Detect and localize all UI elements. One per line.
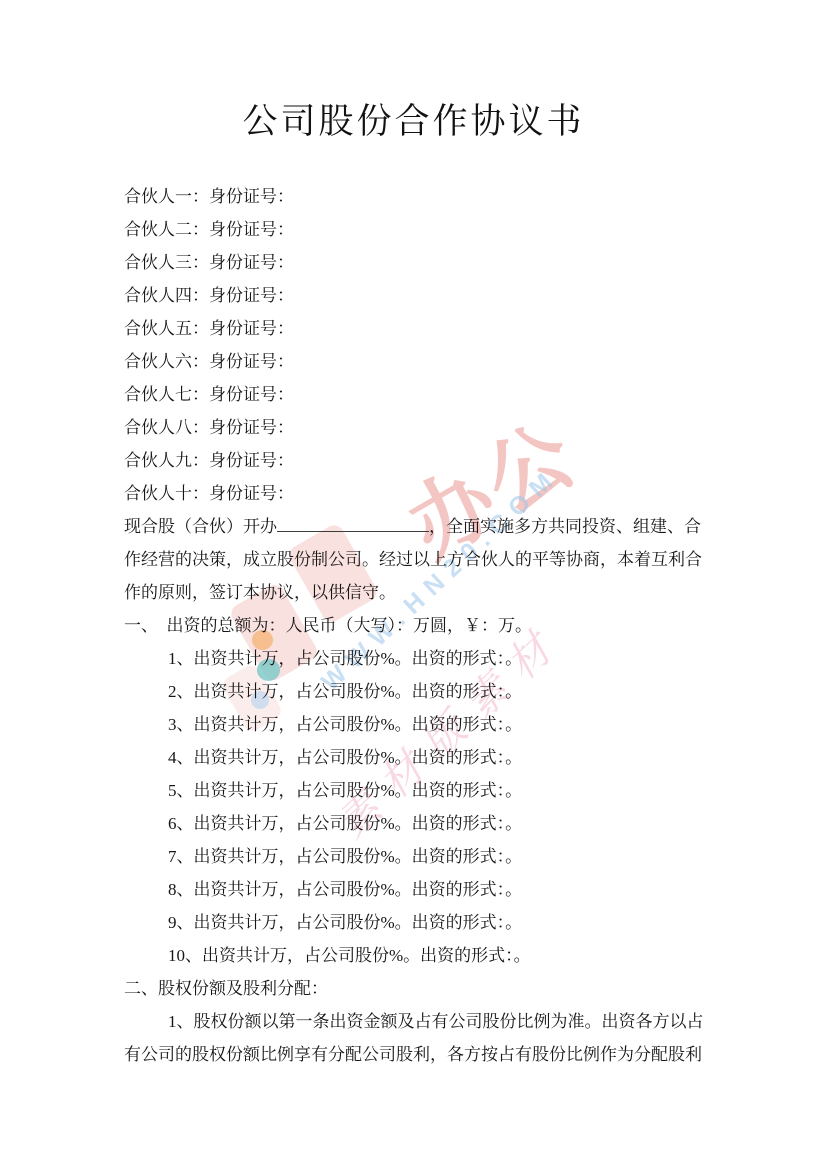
section2-paragraph-line-2: 有公司的股权份额比例享有分配公司股利，各方按占有股份比例作为分配股利 xyxy=(124,1038,714,1071)
intro-line-3: 作的原则，签订本协议，以供信守。 xyxy=(124,576,714,609)
section1-heading: 一、 出资的总额为：人民币（大写）：万圆，￥：万。 xyxy=(124,609,714,642)
section2-heading: 二、股权份额及股利分配： xyxy=(124,972,714,1005)
document-body: 合伙人一：身份证号： 合伙人二：身份证号： 合伙人三：身份证号： 合伙人四：身份… xyxy=(124,180,714,1071)
contribution-item-3: 3、出资共计万，占公司股份%。出资的形式：。 xyxy=(124,708,714,741)
intro-line-2: 作经营的决策，成立股份制公司。经过以上方合伙人的平等协商，本着互利合 xyxy=(124,543,714,576)
contribution-item-7: 7、出资共计万，占公司股份%。出资的形式：。 xyxy=(124,840,714,873)
contribution-item-5: 5、出资共计万，占公司股份%。出资的形式：。 xyxy=(124,774,714,807)
partner-line-3: 合伙人三：身份证号： xyxy=(124,246,714,279)
document-page: 办公 WWW.HN20.COM 素材版素材 公司股份合作协议书 合伙人一：身份证… xyxy=(0,0,827,1169)
partner-line-1: 合伙人一：身份证号： xyxy=(124,180,714,213)
section2-paragraph-line-1: 1、股权份额以第一条出资金额及占有公司股份比例为准。出资各方以占 xyxy=(124,1005,714,1038)
intro-line-1: 现合股（合伙）开办，全面实施多方共同投资、组建、合 xyxy=(124,510,714,543)
partner-line-5: 合伙人五：身份证号： xyxy=(124,312,714,345)
contribution-item-8: 8、出资共计万，占公司股份%。出资的形式：。 xyxy=(124,873,714,906)
partner-line-6: 合伙人六：身份证号： xyxy=(124,345,714,378)
intro-line-1-suffix: ，全面实施多方共同投资、组建、合 xyxy=(429,517,701,536)
partner-line-8: 合伙人八：身份证号： xyxy=(124,411,714,444)
contribution-item-1: 1、出资共计万，占公司股份%。出资的形式：。 xyxy=(124,642,714,675)
fill-in-blank xyxy=(277,517,429,532)
contribution-item-4: 4、出资共计万，占公司股份%。出资的形式：。 xyxy=(124,741,714,774)
partner-line-4: 合伙人四：身份证号： xyxy=(124,279,714,312)
partner-line-2: 合伙人二：身份证号： xyxy=(124,213,714,246)
contribution-item-9: 9、出资共计万，占公司股份%。出资的形式：。 xyxy=(124,906,714,939)
partner-line-9: 合伙人九：身份证号： xyxy=(124,444,714,477)
contribution-item-6: 6、出资共计万，占公司股份%。出资的形式：。 xyxy=(124,807,714,840)
intro-line-1-prefix: 现合股（合伙）开办 xyxy=(124,517,277,536)
contribution-item-10: 10、出资共计万，占公司股份%。出资的形式：。 xyxy=(124,939,714,972)
document-title: 公司股份合作协议书 xyxy=(0,94,827,144)
partner-line-10: 合伙人十：身份证号： xyxy=(124,477,714,510)
partner-line-7: 合伙人七：身份证号： xyxy=(124,378,714,411)
contribution-item-2: 2、出资共计万，占公司股份%。出资的形式：。 xyxy=(124,675,714,708)
